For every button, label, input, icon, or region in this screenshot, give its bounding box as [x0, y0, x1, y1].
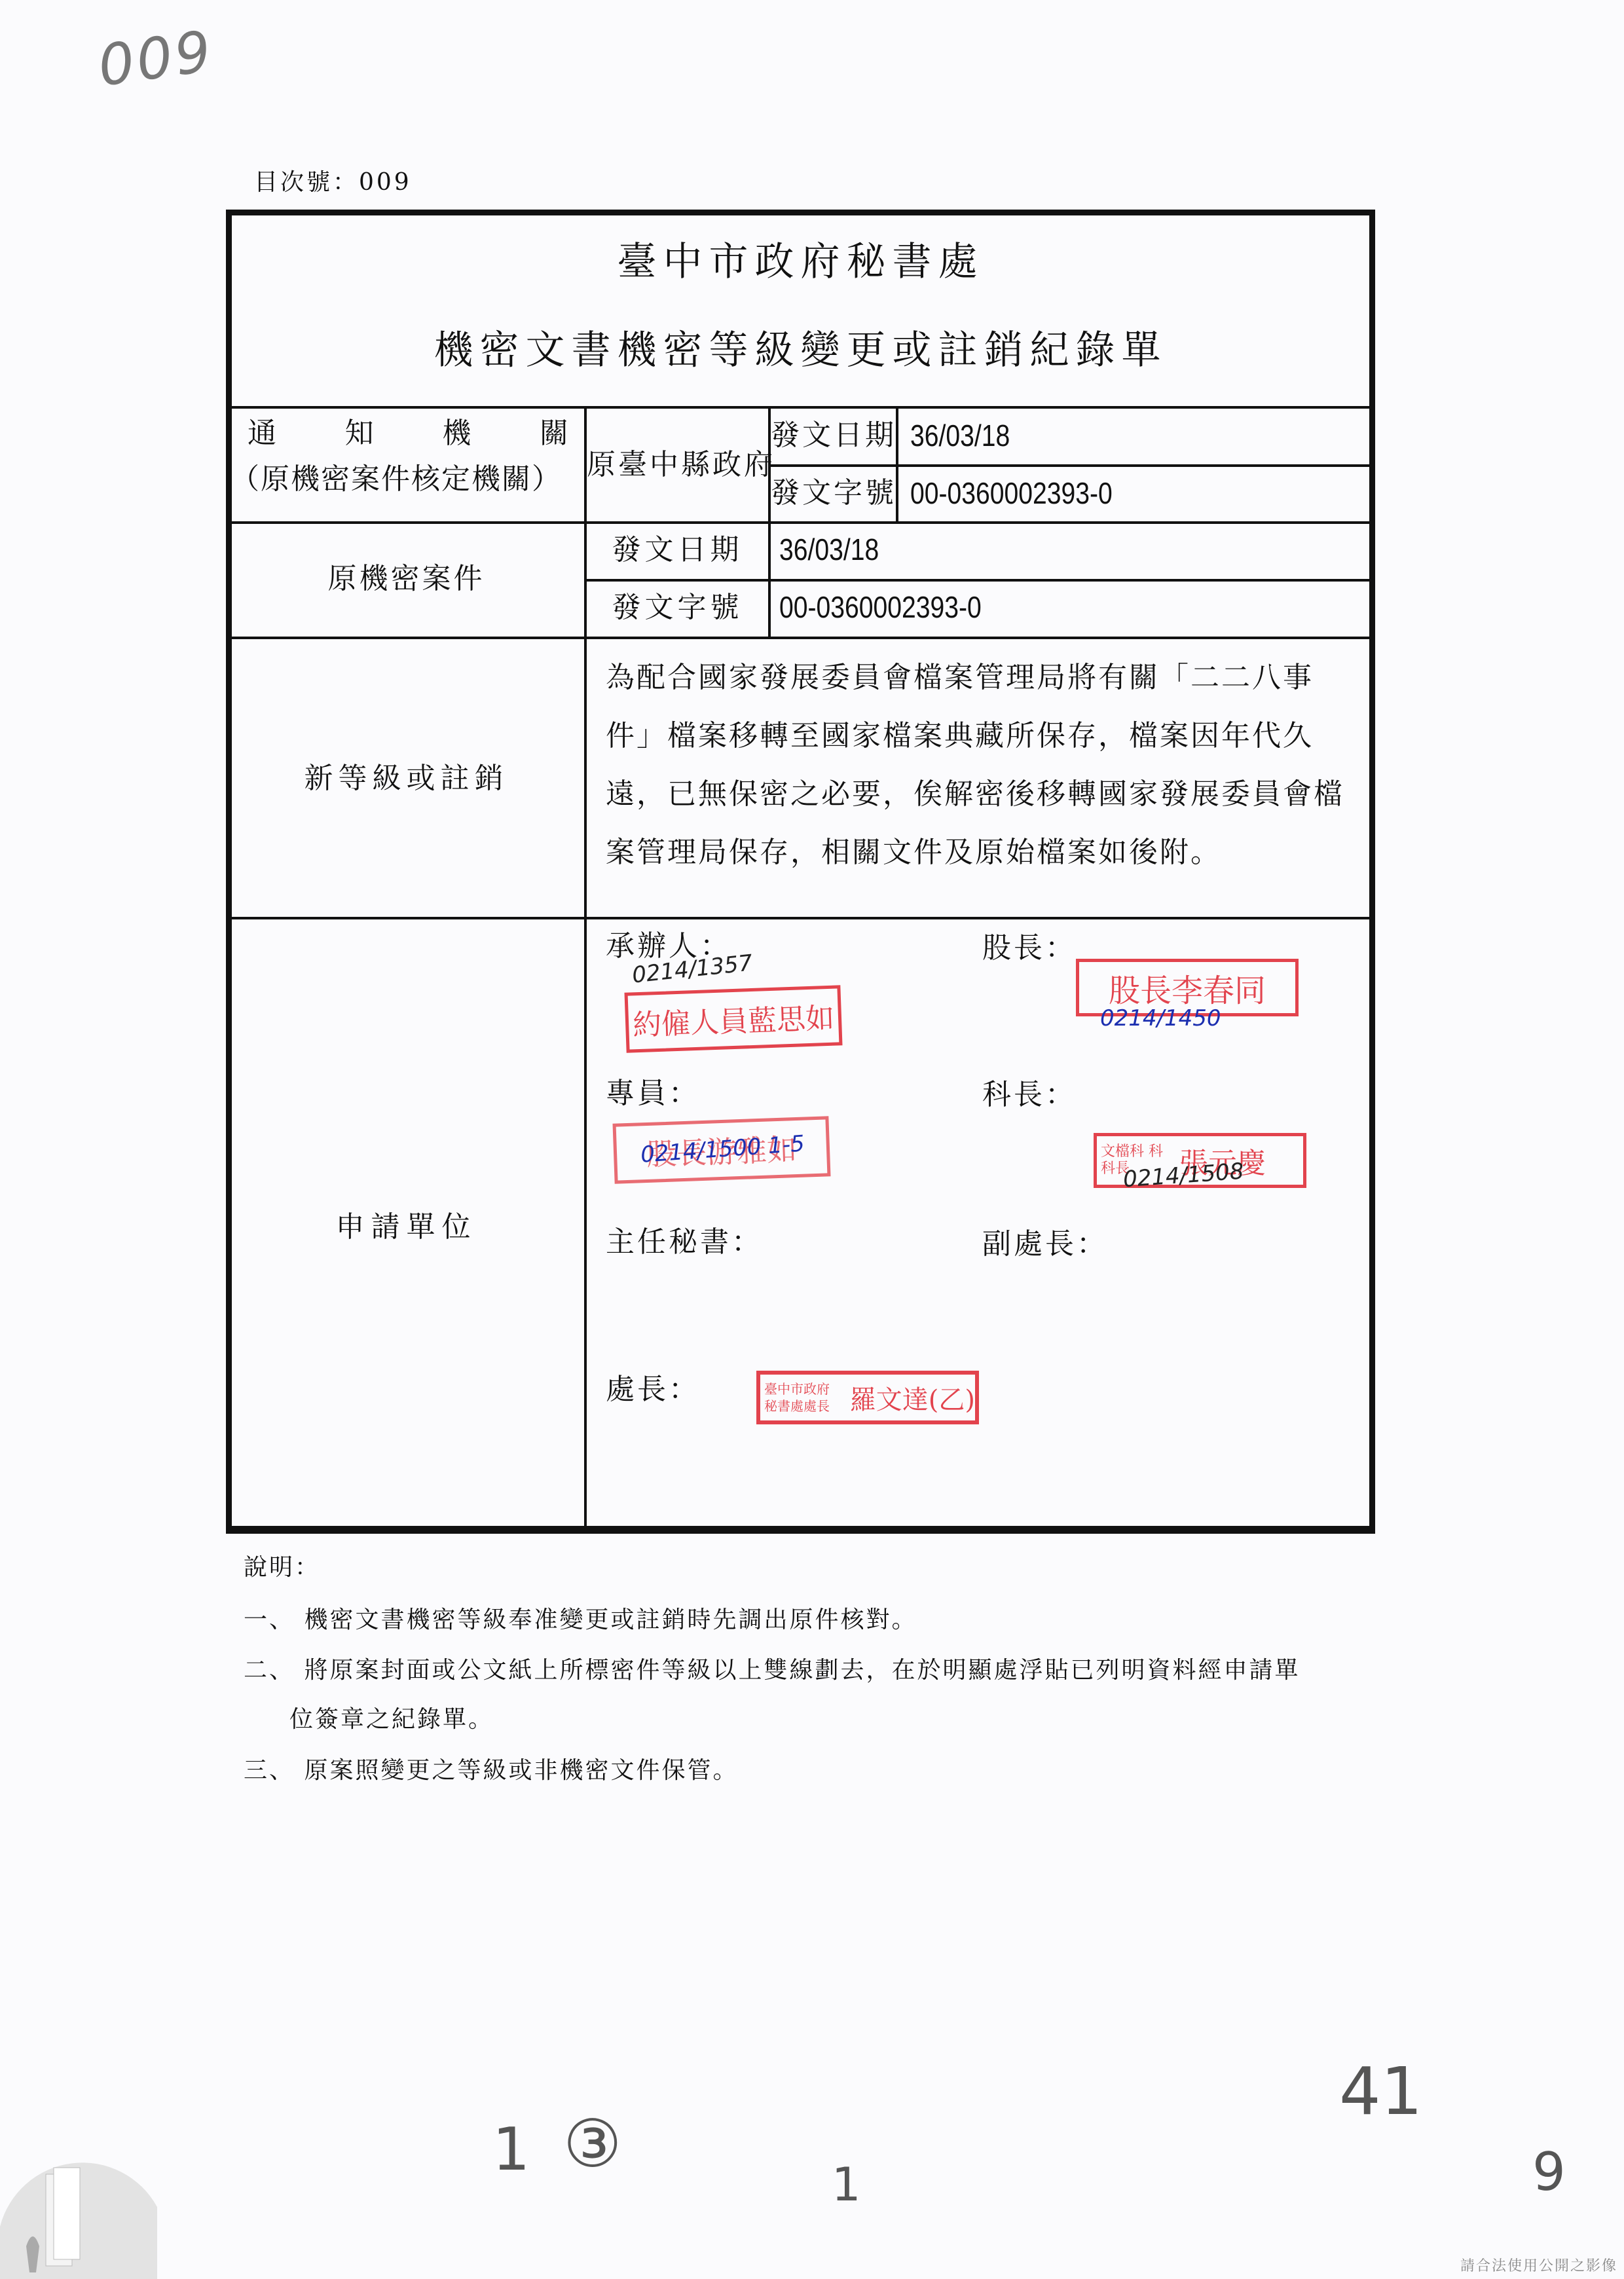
stamp-director-title: 臺中市政府 秘書處處長	[764, 1380, 845, 1415]
notifying-agency-sublabel: （原機密案件核定機關）	[231, 465, 562, 494]
signer-specialist-label: 專員：	[606, 1079, 700, 1108]
stamp-director-name: 羅文達(乙)	[850, 1379, 975, 1417]
new-level-label: 新等級或註銷	[229, 764, 584, 793]
notify-date-value: 36/03/18	[910, 420, 1010, 451]
original-docno-value: 00-0360002393-0	[779, 592, 982, 622]
signer-director-label: 處長：	[606, 1375, 700, 1404]
divider-row2-mid	[584, 579, 1375, 582]
handwritten-mark-circled-3: ③	[563, 2105, 622, 2182]
divider-row3	[226, 917, 1375, 919]
handwritten-mark-2: 1	[832, 2158, 861, 2212]
notifying-agency-value: 原臺中縣政府	[587, 451, 768, 479]
signature-section-chief-ink: 0214/1450	[1100, 1005, 1221, 1031]
original-date-value: 36/03/18	[779, 534, 879, 565]
handwritten-number-9: 9	[1532, 2141, 1566, 2202]
notify-docno-value: 00-0360002393-0	[910, 478, 1113, 508]
original-case-label: 原機密案件	[229, 565, 584, 593]
divider-header	[226, 406, 1375, 409]
label-char: 關	[540, 419, 568, 448]
divider-row2	[226, 637, 1375, 639]
signer-section-chief-label: 股長：	[982, 934, 1077, 963]
label-char: 知	[345, 419, 374, 448]
new-level-text: 為配合國家發展委員會檔案管理局將有關「二二八事件」檔案移轉至國家檔案典藏所保存，…	[606, 648, 1359, 881]
label-char: 通	[248, 419, 276, 448]
stamp-director: 臺中市政府 秘書處處長 羅文達(乙)	[756, 1371, 979, 1424]
notify-docno-label: 發文字號	[771, 479, 896, 508]
note-item-1: 一、 機密文書機密等級奉准變更或註銷時先調出原件核對。	[244, 1601, 917, 1635]
original-docno-label: 發文字號	[587, 593, 768, 622]
divider-col1	[584, 406, 587, 1534]
note-item-2: 二、 將原案封面或公文紙上所標密件等級以上雙線劃去，在於明顯處浮貼已列明資料經申…	[244, 1652, 1300, 1685]
note-item-3: 三、 原案照變更之等級或非機密文件保管。	[244, 1752, 738, 1785]
label-char: 機	[442, 419, 471, 448]
notifying-agency-label: 通 知 機 關	[248, 419, 568, 448]
stamp-handler: 約僱人員藍思如	[624, 985, 842, 1052]
notes-heading: 說明：	[244, 1549, 320, 1582]
original-date-label: 發文日期	[587, 536, 768, 565]
divider-row1-mid	[768, 464, 1375, 467]
signer-chief-secretary-label: 主任秘書：	[606, 1228, 763, 1257]
notify-date-label: 發文日期	[771, 421, 896, 450]
org-title: 臺中市政府秘書處	[226, 242, 1375, 282]
form-title: 機密文書機密等級變更或註銷紀錄單	[226, 331, 1375, 370]
note-item-2-cont: 位簽章之紀錄單。	[289, 1701, 494, 1734]
divider-row1	[226, 521, 1375, 524]
archive-logo-icon	[0, 2148, 157, 2279]
signer-division-chief-label: 科長：	[982, 1081, 1077, 1109]
applicant-unit-label: 申請單位	[229, 1213, 584, 1242]
signer-deputy-director-label: 副處長：	[982, 1230, 1108, 1259]
catalog-number: 目次號：009	[254, 164, 412, 197]
handwritten-page-number: 009	[94, 18, 217, 100]
usage-watermark: 請合法使用公開之影像	[1460, 2255, 1617, 2275]
handwritten-number-41: 41	[1339, 2053, 1422, 2130]
handwritten-mark-1: 1	[492, 2115, 530, 2184]
